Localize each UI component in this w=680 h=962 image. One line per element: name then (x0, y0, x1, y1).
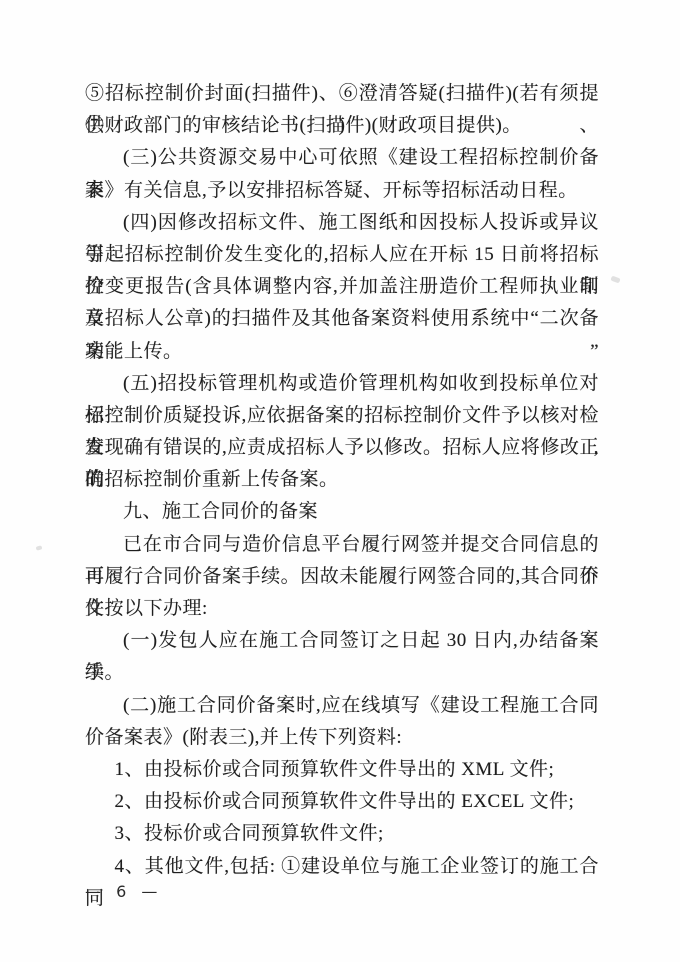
text-line: 价备案表》(附表三),并上传下列资料: (85, 722, 599, 754)
text-line: 标控制价质疑投诉,应依据备案的招标控制价文件予以核对检查, (85, 400, 599, 432)
page-number: — 6 — (85, 882, 162, 901)
text-line: (四)因修改招标文件、施工图纸和因投标人投诉或异议等 (85, 207, 599, 239)
text-line: 表》有关信息,予以安排招标答疑、开标等招标活动日程。 (85, 175, 599, 207)
text-line: (一)发包人应在施工合同签订之日起 30 日内,办结备案手 (85, 625, 599, 657)
text-line: (五)招投标管理机构或造价管理机构如收到投标单位对招 (85, 368, 599, 400)
text-line: ⑤招标控制价封面(扫描件)、⑥澄清答疑(扫描件)(若有须提供)、 (85, 78, 599, 110)
text-line: 2、由投标价或合同预算软件文件导出的 EXCEL 文件; (85, 786, 599, 818)
text-line: 件按以下办理: (85, 593, 599, 625)
text-line: 九、施工合同价的备案 (85, 496, 599, 528)
text-line: 再履行合同价备案手续。因故未能履行网签合同的,其合同价文 (85, 561, 599, 593)
document-page: ⑤招标控制价封面(扫描件)、⑥澄清答疑(扫描件)(若有须提供)、⑦财政部门的审核… (0, 0, 680, 962)
document-body: ⑤招标控制价封面(扫描件)、⑥澄清答疑(扫描件)(若有须提供)、⑦财政部门的审核… (85, 78, 599, 883)
text-line: (二)施工合同价备案时,应在线填写《建设工程施工合同 (85, 690, 599, 722)
scan-artifact (36, 545, 43, 550)
text-line: 4、其他文件,包括: ①建设单位与施工企业签订的施工合同 (85, 851, 599, 883)
text-line: 价变更报告(含具体调整内容,并加盖注册造价工程师执业印章 (85, 271, 599, 303)
text-line: 3、投标价或合同预算软件文件; (85, 818, 599, 850)
text-line: 引起招标控制价发生变化的,招标人应在开标 15 日前将招标控制 (85, 239, 599, 271)
text-line: (三)公共资源交易中心可依照《建设工程招标控制价备案 (85, 142, 599, 174)
text-line: 的招标控制价重新上传备案。 (85, 464, 599, 496)
text-line: 1、由投标价或合同预算软件文件导出的 XML 文件; (85, 754, 599, 786)
text-line: 已在市合同与造价信息平台履行网签并提交合同信息的可不 (85, 529, 599, 561)
text-line: 发现确有错误的,应责成招标人予以修改。招标人应将修改正确 (85, 432, 599, 464)
text-line: 续。 (85, 657, 599, 689)
text-line: 及招标人公章)的扫描件及其他备案资料使用系统中“二次备案” (85, 303, 599, 335)
scan-artifact (610, 276, 620, 284)
